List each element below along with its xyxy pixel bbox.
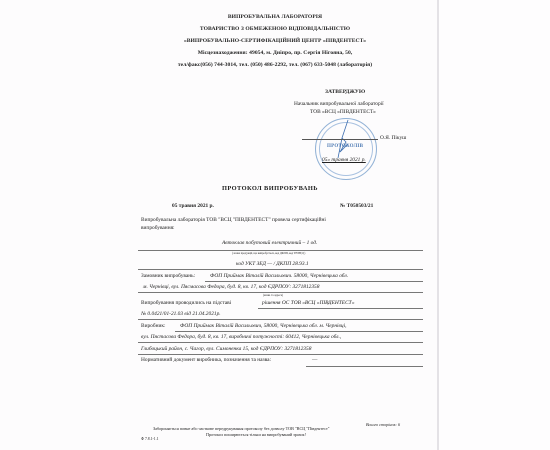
product-underline: [138, 250, 423, 251]
customer-line-1: ФОП Приймак Віталій Васильович. 58000, Ч…: [210, 273, 348, 279]
total-pages: Всього сторінок: 6: [366, 422, 400, 427]
header-line-address: Місцезнаходження: 49054, м. Дніпро, пр. …: [130, 50, 420, 56]
intro-line-2: випробування:: [141, 225, 175, 231]
manufacturer-label: Виробник:: [141, 323, 166, 329]
manufacturer-line-2: вул. Пястасова Федора, буд. 8, кв. 17, в…: [141, 334, 341, 340]
manufacturer-underline-2: [138, 342, 423, 343]
normative-underline: [306, 366, 423, 367]
customer-label: Замовник випробувань:: [141, 273, 195, 279]
header-line-company: ТОВАРИСТВО З ОБМЕЖЕНОЮ ВІДПОВІДАЛЬНІСТЮ: [130, 26, 420, 32]
header-line-lab: ВИПРОБУВАЛЬНА ЛАБОРАТОРІЯ: [130, 14, 420, 20]
product-name: Автоклав побутовий електричний – 1 од.: [222, 240, 317, 246]
page-edge: [437, 0, 439, 450]
approval-position-2: ТОВ «ВСЦ «ПІВДЕНТЕСТ»: [310, 109, 376, 115]
approval-position-1: Начальник випробувальної лабораторії: [294, 101, 384, 107]
header-line-phones: тел/факс(056) 744-3014, тел. (050) 486-2…: [130, 62, 420, 68]
approval-title: ЗАТВЕРДЖУЮ: [325, 89, 365, 95]
basis-label: Випробування проводились на підставі: [141, 300, 231, 306]
basis-underline-1: [258, 308, 423, 309]
approver-name: О.Я. Пікуш: [380, 135, 406, 141]
signature-line: [302, 139, 378, 140]
footer-note-1: Забороняється повне або часткове передру…: [153, 426, 330, 431]
normative-label: Нормативний документ виробника, позначен…: [141, 357, 271, 363]
basis-underline-2: [138, 319, 423, 320]
protocol-number: № T050503/21: [340, 203, 373, 209]
customer-underline-2: [138, 292, 423, 293]
manufacturer-underline-1: [175, 331, 423, 332]
approval-date: 05» травня 2021 р.: [322, 157, 366, 163]
manufacturer-underline-3: [138, 354, 423, 355]
basis-line-2: № 0.0421/01-21.03 від 21.04.2021р.: [141, 311, 221, 317]
customer-line-2: м. Чернівці, вул. Пясмасова Федора, буд.…: [143, 284, 319, 290]
form-code: Ф 7.8.1-1.1: [141, 437, 159, 441]
manufacturer-line-1: ФОП Приймак Віталій Васильович, 58000, Ч…: [180, 323, 346, 329]
protocol-date: 05 травня 2021 р.: [172, 203, 214, 209]
basis-value: рішення ОС ТОВ «ВСЦ «ПІВДЕНТЕСТ»: [262, 300, 355, 306]
background-margin: [439, 0, 550, 450]
protocol-title: ПРОТОКОЛ ВИПРОБУВАНЬ: [222, 185, 318, 192]
manufacturer-line-3: Глибоцький район, с. Чагор, вул. Симонен…: [141, 346, 311, 352]
signature-icon: [328, 118, 358, 162]
footer-note-2: Протокол поширюється тільки на випробува…: [206, 432, 306, 437]
customer-caption: (назва та адреса): [263, 294, 283, 297]
product-caption: ( назва продукції, що випробується, код …: [232, 252, 305, 255]
customer-underline-1: [205, 281, 423, 282]
code-underline: [138, 269, 423, 270]
normative-value: —: [312, 357, 317, 363]
product-code: код УКТ ЗЕД — / ДКПП 28.93.1: [236, 261, 309, 267]
header-line-center: «ВИПРОБУВАЛЬНО-СЕРТИФІКАЦІЙНИЙ ЦЕНТР «ПІ…: [130, 38, 420, 44]
intro-line-1: Випробувальна лабораторія ТОВ "ВСЦ "ПІВД…: [141, 217, 326, 223]
